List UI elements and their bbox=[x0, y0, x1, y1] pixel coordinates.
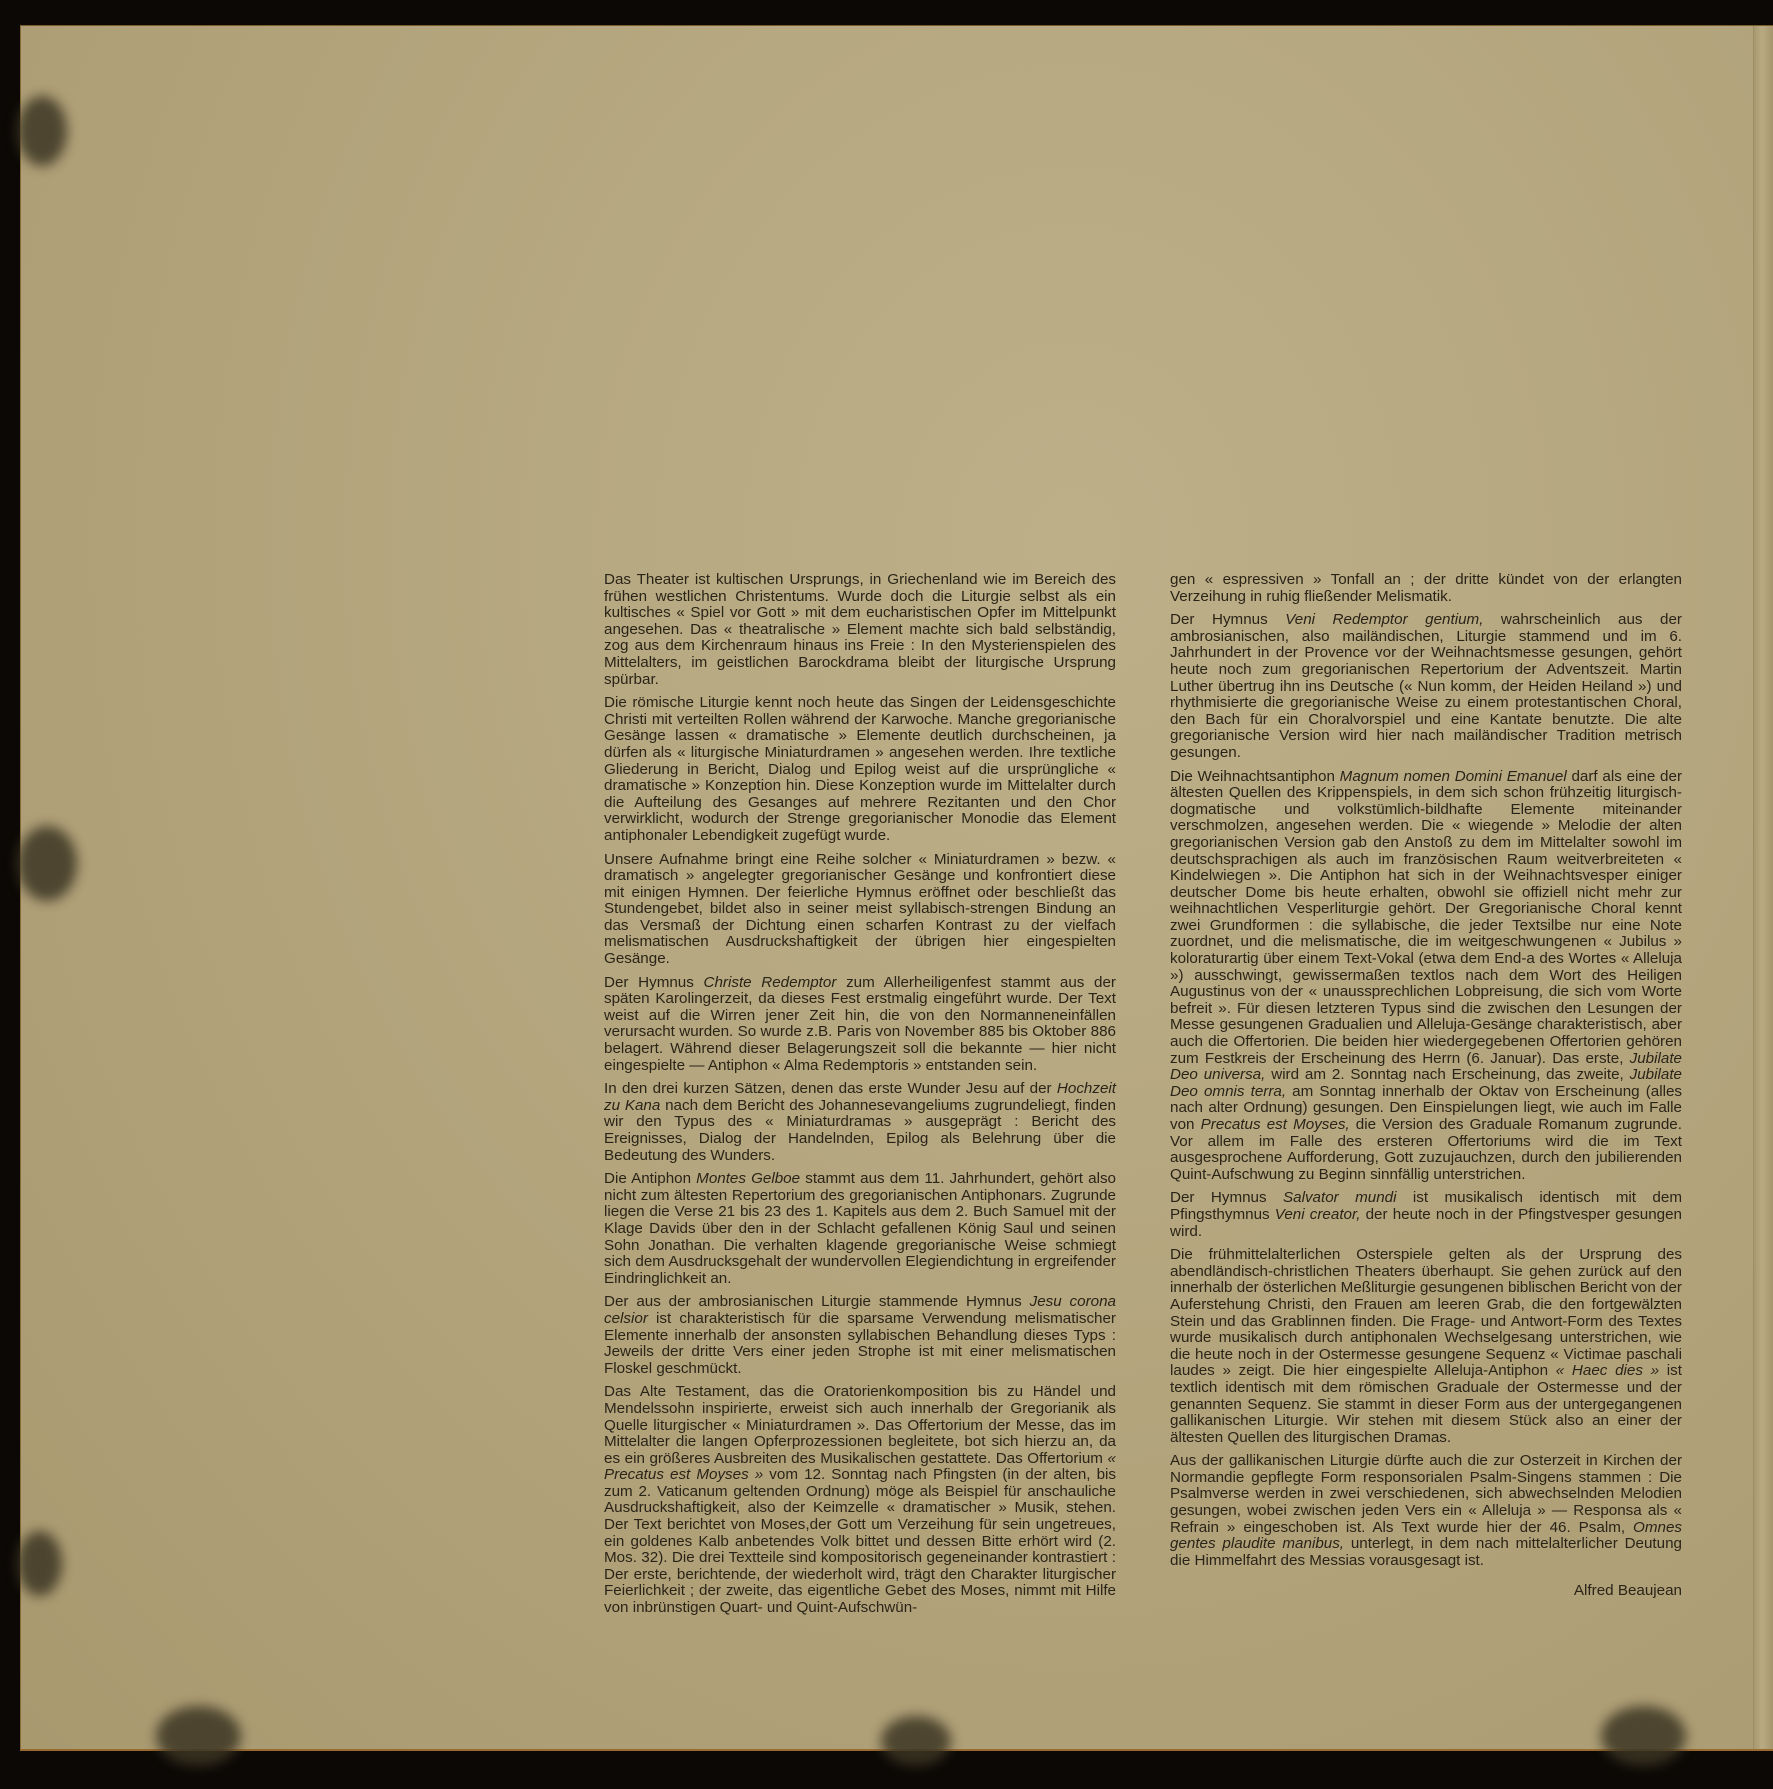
text-run: wahrscheinlich aus der ambrosianischen, … bbox=[1170, 611, 1682, 761]
paragraph: Aus der gallikanischen Liturgie dürfte a… bbox=[1170, 1453, 1682, 1569]
paragraph: gen « espressiven » Tonfall an ; der dri… bbox=[1170, 572, 1682, 605]
paragraph: Die frühmittelalterlichen Osterspiele ge… bbox=[1170, 1247, 1682, 1446]
italic-title: Precatus est Moyses, bbox=[1201, 1116, 1350, 1133]
italic-title: Salvator mundi bbox=[1283, 1189, 1397, 1206]
text-run: Der aus der ambrosianischen Liturgie sta… bbox=[604, 1293, 1030, 1310]
paragraph: Unsere Aufnahme bringt eine Reihe solche… bbox=[604, 852, 1116, 968]
paragraph: In den drei kurzen Sätzen, denen das ers… bbox=[604, 1081, 1116, 1164]
text-run: In den drei kurzen Sätzen, denen das ers… bbox=[604, 1080, 1057, 1097]
finger-shadow bbox=[17, 1531, 62, 1596]
text-run: Die römische Liturgie kennt noch heute d… bbox=[604, 694, 1116, 844]
text-run: vom 12. Sonntag nach Pfingsten (in der a… bbox=[604, 1466, 1116, 1616]
text-run: stammt aus dem 11. Jahrhundert, gehört a… bbox=[604, 1170, 1116, 1287]
text-run: Das Theater ist kultischen Ursprungs, in… bbox=[604, 571, 1116, 688]
text-column-right: gen « espressiven » Tonfall an ; der dri… bbox=[1170, 572, 1682, 1607]
text-run: wird am 2. Sonntag nach Erscheinung, das… bbox=[1265, 1066, 1629, 1083]
italic-title: Christe Redemptor bbox=[704, 974, 837, 991]
finger-shadow bbox=[17, 826, 77, 901]
italic-title: « Haec dies » bbox=[1556, 1362, 1659, 1379]
text-run: Das Alte Testament, das die Oratorienkom… bbox=[604, 1383, 1116, 1466]
paragraph: Die römische Liturgie kennt noch heute d… bbox=[604, 695, 1116, 844]
text-run: Der Hymnus bbox=[1170, 611, 1285, 628]
italic-title: Veni Redemptor gentium, bbox=[1285, 611, 1483, 628]
text-run: Unsere Aufnahme bringt eine Reihe solche… bbox=[604, 851, 1116, 968]
sleeve-spine bbox=[1753, 26, 1773, 1749]
italic-title: Veni creator, bbox=[1275, 1206, 1361, 1223]
text-run: Der Hymnus bbox=[604, 974, 704, 991]
text-column-left: Das Theater ist kultischen Ursprungs, in… bbox=[604, 572, 1116, 1624]
finger-shadow bbox=[156, 1706, 241, 1766]
text-run: nach dem Bericht des Johannesevangeliums… bbox=[604, 1097, 1116, 1164]
text-run: darf als eine der ältesten Quellen des K… bbox=[1170, 768, 1682, 1067]
paragraph: Das Theater ist kultischen Ursprungs, in… bbox=[604, 572, 1116, 688]
paragraph: Der Hymnus Veni Redemptor gentium, wahrs… bbox=[1170, 612, 1682, 761]
text-run: Die Weihnachtsantiphon bbox=[1170, 768, 1340, 785]
text-run: Der Hymnus bbox=[1170, 1189, 1283, 1206]
finger-shadow bbox=[1601, 1706, 1686, 1766]
text-run: Aus der gallikanischen Liturgie dürfte a… bbox=[1170, 1452, 1682, 1535]
finger-shadow bbox=[17, 96, 67, 166]
text-run: gen « espressiven » Tonfall an ; der dri… bbox=[1170, 571, 1682, 605]
paragraph: Die Weihnachtsantiphon Magnum nomen Domi… bbox=[1170, 769, 1682, 1184]
author-signature: Alfred Beaujean bbox=[1170, 1583, 1682, 1600]
italic-title: Magnum nomen Domini Emanuel bbox=[1340, 768, 1567, 785]
paragraph: Der Hymnus Salvator mundi ist musikalisc… bbox=[1170, 1190, 1682, 1240]
text-run: Die frühmittelalterlichen Osterspiele ge… bbox=[1170, 1246, 1682, 1379]
finger-shadow bbox=[881, 1716, 951, 1766]
text-run: ist charakteristisch für die sparsame Ve… bbox=[604, 1310, 1116, 1377]
paragraph: Die Antiphon Montes Gelboe stammt aus de… bbox=[604, 1171, 1116, 1287]
paragraph: Der Hymnus Christe Redemptor zum Allerhe… bbox=[604, 975, 1116, 1075]
text-run: Die Antiphon bbox=[604, 1170, 696, 1187]
italic-title: Montes Gelboe bbox=[696, 1170, 800, 1187]
paragraph: Der aus der ambrosianischen Liturgie sta… bbox=[604, 1294, 1116, 1377]
paragraph: Das Alte Testament, das die Oratorienkom… bbox=[604, 1384, 1116, 1616]
